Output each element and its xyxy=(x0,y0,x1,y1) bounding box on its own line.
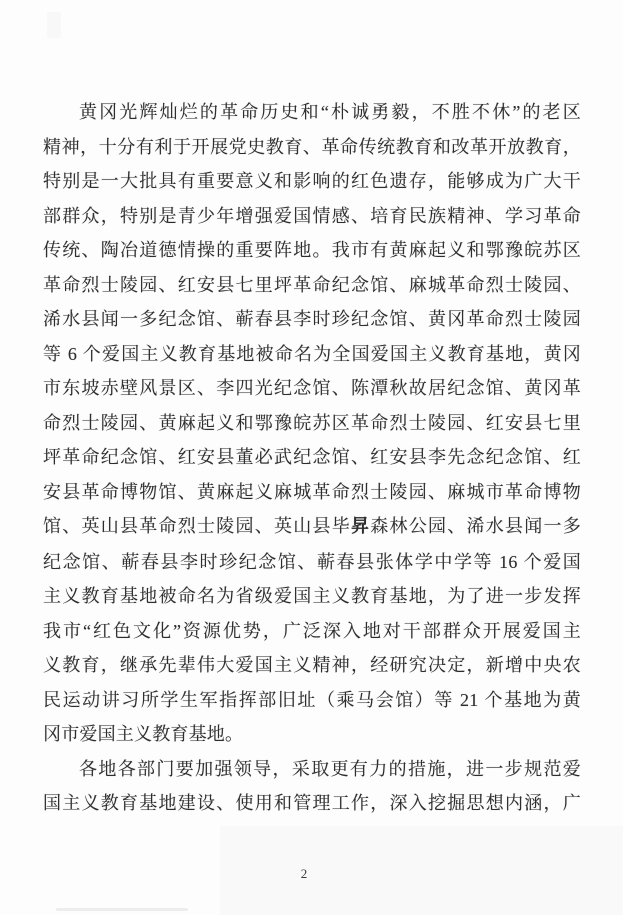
text-line: 等 6 个爱国主义教育基地被命名为全国爱国主义教育基地，黄冈 xyxy=(43,337,581,372)
text-line: 安县革命博物馆、黄麻起义麻城革命烈士陵园、麻城市革命博物 xyxy=(43,475,581,510)
text-line: 馆、英山县革命烈士陵园、英山县毕昇森林公园、浠水县闻一多 xyxy=(43,509,581,545)
text-line: 义教育，继承先辈伟大爱国主义精神，经研究决定，新增中央农 xyxy=(43,648,581,683)
text-line: 国主义教育基地建设、使用和管理工作，深入挖掘思想内涵，广 xyxy=(43,786,581,821)
scan-artifact xyxy=(56,908,188,911)
text-line: 部群众，特别是青少年增强爱国情感、培育民族精神、学习革命 xyxy=(43,199,581,234)
text-line: 纪念馆、蕲春县李时珍纪念馆、蕲春县张体学中学等 16 个爱国 xyxy=(43,545,581,580)
text-line: 主义教育基地被命名为省级爱国主义教育基地，为了进一步发挥 xyxy=(43,579,581,614)
text-line: 命烈士陵园、黄麻起义和鄂豫皖苏区革命烈士陵园、红安县七里 xyxy=(43,406,581,441)
text-segment-bold: 昇 xyxy=(351,516,370,537)
paragraph: 黄冈光辉灿烂的革命历史和“朴诚勇毅，不胜不休”的老区 精神，十分有利于开展党史教… xyxy=(43,95,581,752)
text-line: 各地各部门要加强领导，采取更有力的措施，进一步规范爱 xyxy=(43,752,581,787)
document-body: 黄冈光辉灿烂的革命历史和“朴诚勇毅，不胜不休”的老区 精神，十分有利于开展党史教… xyxy=(43,95,581,821)
text-line: 冈市爱国主义教育基地。 xyxy=(43,717,581,752)
text-line: 民运动讲习所学生军指挥部旧址（乘马会馆）等 21 个基地为黄 xyxy=(43,683,581,718)
text-line: 精神，十分有利于开展党史教育、革命传统教育和改革开放教育， xyxy=(43,130,581,165)
text-line: 坪革命纪念馆、红安县董必武纪念馆、红安县李先念纪念馆、红 xyxy=(43,440,581,475)
scan-artifact xyxy=(47,12,61,38)
document-page: 黄冈光辉灿烂的革命历史和“朴诚勇毅，不胜不休”的老区 精神，十分有利于开展党史教… xyxy=(0,0,623,915)
paragraph: 各地各部门要加强领导，采取更有力的措施，进一步规范爱 国主义教育基地建设、使用和… xyxy=(43,752,581,821)
text-line: 市东坡赤壁风景区、李四光纪念馆、陈潭秋故居纪念馆、黄冈革 xyxy=(43,371,581,406)
text-line: 革命烈士陵园、红安县七里坪革命纪念馆、麻城革命烈士陵园、 xyxy=(43,268,581,303)
text-line: 传统、陶冶道德情操的重要阵地。我市有黄麻起义和鄂豫皖苏区 xyxy=(43,233,581,268)
text-line: 浠水县闻一多纪念馆、蕲春县李时珍纪念馆、黄冈革命烈士陵园 xyxy=(43,302,581,337)
text-line: 我市“红色文化”资源优势，广泛深入地对干部群众开展爱国主 xyxy=(43,614,581,649)
text-line: 黄冈光辉灿烂的革命历史和“朴诚勇毅，不胜不休”的老区 xyxy=(43,95,581,130)
page-number: 2 xyxy=(0,866,608,882)
text-segment: 森林公园、浠水县闻一多 xyxy=(370,516,581,536)
text-segment: 馆、英山县革命烈士陵园、英山县毕 xyxy=(43,516,351,536)
text-line: 特别是一大批具有重要意义和影响的红色遗存，能够成为广大干 xyxy=(43,164,581,199)
